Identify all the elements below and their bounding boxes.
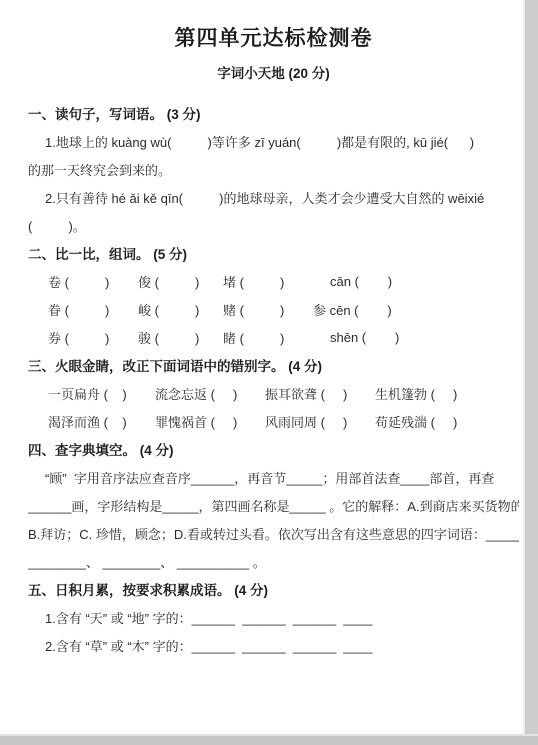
section-1-question-2-cont: ( )。 [28,211,519,239]
idiom-cell: 一页扁舟 ( ) [48,384,155,403]
idiom-cell: 振耳欲聋 ( ) [265,384,375,403]
word-cell: cān ( ) [313,274,493,289]
section-5-question-1: 1.含有 “天” 或 “地” 字的：______ ______ ______ _… [28,603,519,631]
paper-content: 第四单元达标检测卷 字词小天地 (20 分) 一、读句子，写词语。 (3 分) … [0,0,525,659]
section-3-row-2: 渴泽而渔 ( ) 罪愧祸首 ( ) 风雨同周 ( ) 苟延残湍 ( ) [28,407,519,435]
idiom-cell: 罪愧祸首 ( ) [155,412,265,431]
section-4-text-3: B.拜访；C. 珍惜，顾念；D.看或转过头看。依次写出含有这些意思的四字词语：_… [28,519,519,547]
section-3-heading: 三、火眼金睛，改正下面词语中的错别字。 (4 分) [28,351,519,379]
word-cell: 俊 ( ) [138,272,223,291]
word-cell: 参 cēn ( ) [313,300,493,319]
section-2-row-2: 眷 ( ) 峻 ( ) 赌 ( ) 参 cēn ( ) [28,295,519,323]
section-5-question-2: 2.含有 “草” 或 “木” 字的：______ ______ ______ _… [28,631,519,659]
test-paper-page: 第四单元达标检测卷 字词小天地 (20 分) 一、读句子，写词语。 (3 分) … [0,0,525,734]
section-1-question-2: 2.只有善待 hé ǎi kě qīn( )的地球母亲，人类才会少遭受大自然的 … [28,183,519,211]
section-2-row-3: 券 ( ) 骏 ( ) 睹 ( ) shēn ( ) [28,323,519,351]
paper-subtitle: 字词小天地 (20 分) [28,62,519,86]
section-4-text-2: ______画，字形结构是_____，第四画名称是_____ 。它的解释：A.到… [28,491,519,519]
word-cell: 堵 ( ) [223,272,313,291]
word-cell: 峻 ( ) [138,300,223,319]
section-5-heading: 五、日积月累，按要求积累成语。 (4 分) [28,575,519,603]
idiom-cell: 渴泽而渔 ( ) [48,412,155,431]
word-cell: shēn ( ) [313,330,493,345]
word-cell: 卷 ( ) [48,272,138,291]
word-cell: 睹 ( ) [223,328,313,347]
section-4-text-4: ________、 ________、 __________ 。 [28,547,519,575]
paper-body: 一、读句子，写词语。 (3 分) 1.地球上的 kuàng wù( )等许多 z… [28,99,519,659]
idiom-cell: 风雨同周 ( ) [265,412,375,431]
section-4-text-1: “顾” 字用音序法应查音序______，再音节_____；用部首法查____部首… [28,463,519,491]
document-viewer: 第四单元达标检测卷 字词小天地 (20 分) 一、读句子，写词语。 (3 分) … [0,0,538,745]
section-2-row-1: 卷 ( ) 俊 ( ) 堵 ( ) cān ( ) [28,267,519,295]
idiom-cell: 流念忘返 ( ) [155,384,265,403]
idiom-cell: 生机篷勃 ( ) [375,384,505,403]
word-cell: 赌 ( ) [223,300,313,319]
paper-title: 第四单元达标检测卷 [28,24,519,54]
page-edge-bottom [0,734,538,745]
section-2-heading: 二、比一比，组词。 (5 分) [28,239,519,267]
section-1-question-1: 1.地球上的 kuàng wù( )等许多 zī yuán( )都是有限的, k… [28,127,519,155]
word-cell: 骏 ( ) [138,328,223,347]
word-cell: 眷 ( ) [48,300,138,319]
section-1-question-1-cont: 的那一天终究会到来的。 [28,155,519,183]
page-edge-right [527,0,538,745]
idiom-cell: 苟延残湍 ( ) [375,412,505,431]
section-4-heading: 四、查字典填空。 (4 分) [28,435,519,463]
word-cell: 券 ( ) [48,328,138,347]
section-3-row-1: 一页扁舟 ( ) 流念忘返 ( ) 振耳欲聋 ( ) 生机篷勃 ( ) [28,379,519,407]
section-1-heading: 一、读句子，写词语。 (3 分) [28,99,519,127]
